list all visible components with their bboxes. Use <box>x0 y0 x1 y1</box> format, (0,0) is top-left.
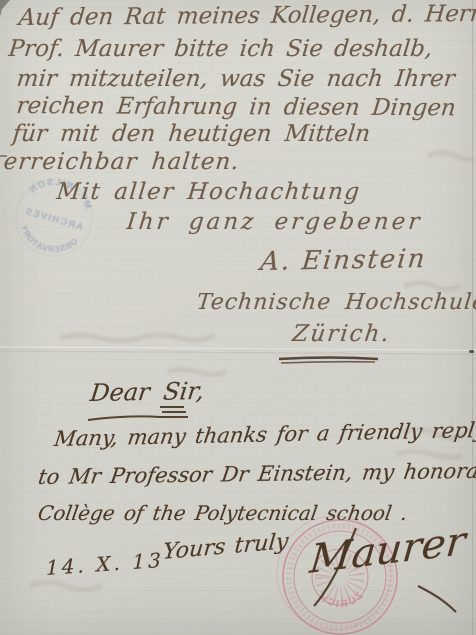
german-line-1: Auf den Rat meines Kollegen, d. Herrn <box>18 2 476 31</box>
german-line-4: reichen Erfahrung in diesen Dingen <box>15 94 457 122</box>
letter-page: MT. WILSON ARCHIVES OBSERVATORY Auf den … <box>0 0 476 635</box>
german-line-5: für mit den heutigen Mitteln <box>11 122 371 147</box>
english-line-2: to Mr Professor Dr Einstein, my honorabl… <box>37 459 476 489</box>
signature-flourish <box>300 522 460 617</box>
german-closing-line-1: Mit aller Hochachtung <box>55 180 362 205</box>
institution-line-1: Technische Hochschule <box>195 291 476 315</box>
institution-line-2: Zürich. <box>291 322 392 347</box>
einstein-signature: A. Einstein <box>259 245 428 276</box>
corner-shadow <box>0 0 10 17</box>
german-closing-line-2: Ihr ganz ergebener <box>125 210 423 235</box>
german-line-6: erreichbar halten. <box>2 150 241 175</box>
letter-date: 14. X. 13 <box>46 549 164 579</box>
german-line-2: Prof. Maurer bitte ich Sie deshalb, <box>7 37 433 62</box>
archive-stamp-center-text: ARCHIVES <box>23 206 85 233</box>
german-line-3: mir mitzuteilen, was Sie nach Ihrer <box>15 67 456 92</box>
fold-crease <box>0 346 476 353</box>
zurich-underline <box>276 355 382 367</box>
right-edge-speck <box>469 350 474 353</box>
right-edge-line <box>472 0 473 635</box>
closing-yours-truly: Yours truly <box>162 530 289 565</box>
